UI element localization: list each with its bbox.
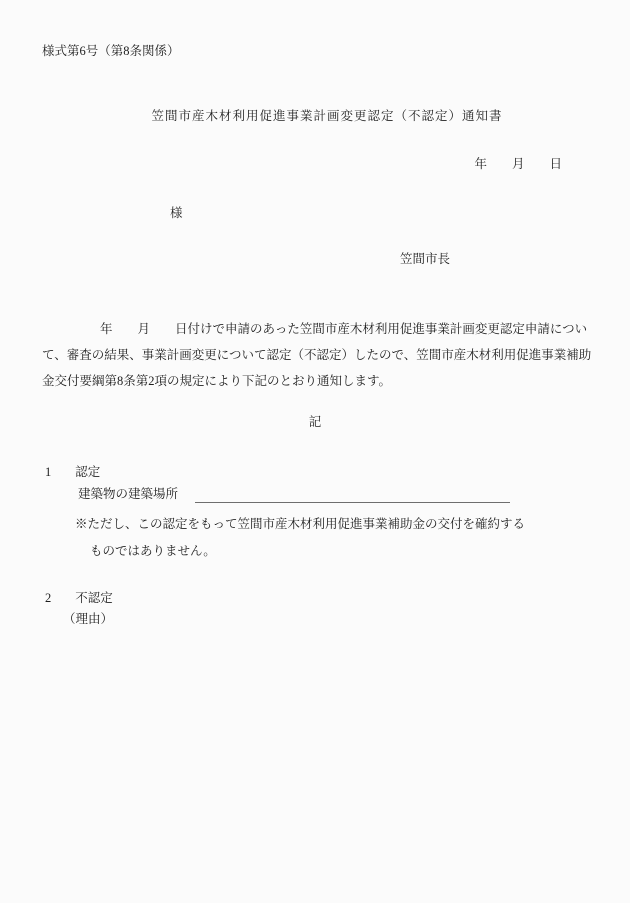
document-page: 様式第6号（第8条関係） 笠間市産木材利用促進事業計画変更認定（不認定）通知書 … <box>0 0 630 903</box>
section-1-label: 認定 <box>75 465 100 479</box>
section-1-number: 1 <box>45 464 51 481</box>
body-line-3: 金交付要綱第8条第2項の規定により下記のとおり通知します。 <box>42 368 592 394</box>
section-2-heading: 2不認定 <box>45 590 113 607</box>
body-line-1: 年 月 日付けで申請のあった笠間市産木材利用促進事業計画変更認定申請につい <box>42 316 592 342</box>
body-line-2: て、審査の結果、事業計画変更について認定（不認定）したので、笠間市産木材利用促進… <box>42 342 592 368</box>
reason-label: （理由） <box>63 611 113 628</box>
section-2-number: 2 <box>45 590 51 607</box>
document-title: 笠間市産木材利用促進事業計画変更認定（不認定）通知書 <box>0 108 630 125</box>
building-location-blank-line <box>195 487 510 503</box>
form-number: 様式第6号（第8条関係） <box>42 43 180 60</box>
section-2-label: 不認定 <box>75 591 113 605</box>
building-location-label: 建築物の建築場所 <box>78 486 178 503</box>
body-paragraph: 年 月 日付けで申請のあった笠間市産木材利用促進事業計画変更認定申請につい て、… <box>42 316 592 394</box>
sender-title: 笠間市長 <box>400 251 450 268</box>
certification-note-line-1: ※ただし、この認定をもって笠間市産木材利用促進事業補助金の交付を確約する <box>75 516 525 533</box>
addressee-honorific: 様 <box>170 205 183 222</box>
certification-note-line-2: ものではありません。 <box>90 543 216 560</box>
ki-heading: 記 <box>0 414 630 431</box>
date-line: 年 月 日 <box>474 156 562 173</box>
section-1-heading: 1認定 <box>45 464 100 481</box>
